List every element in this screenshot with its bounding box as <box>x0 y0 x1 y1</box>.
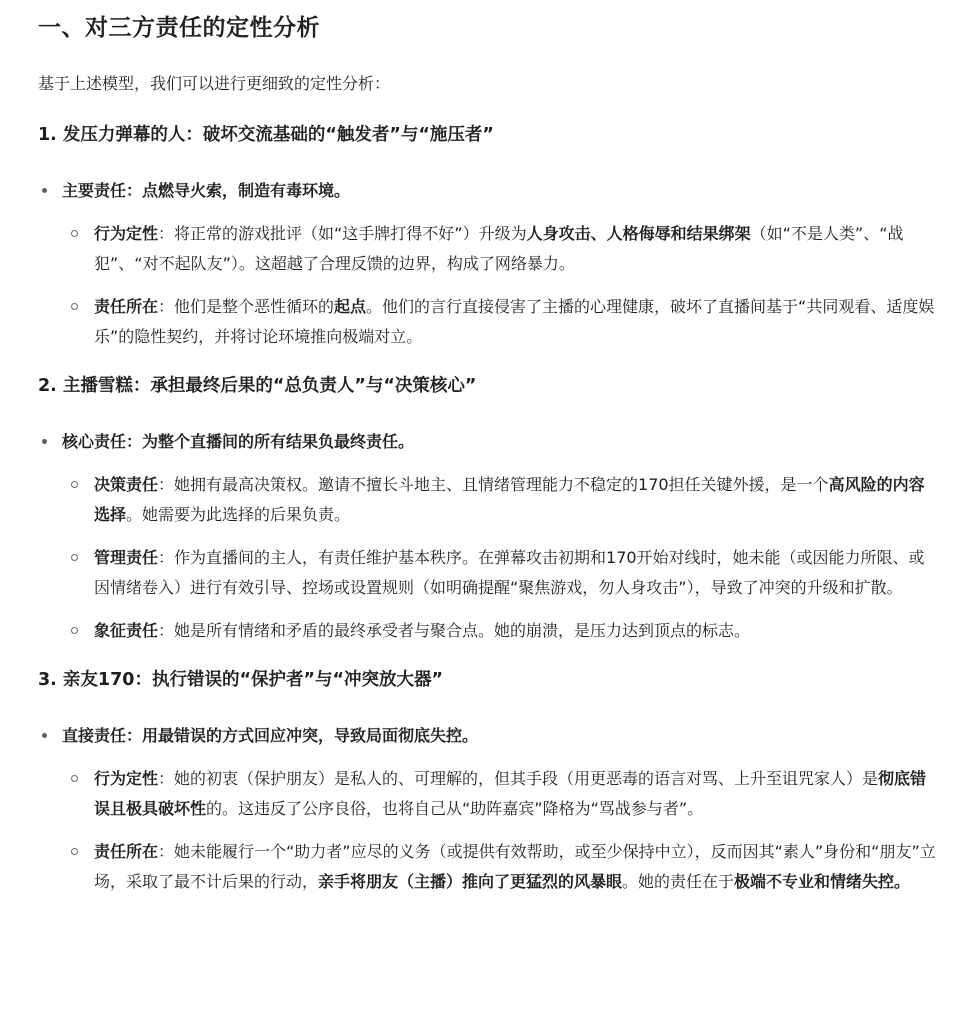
text-run: ：将正常的游戏批评（如“这手牌打得不好”）升级为 <box>158 224 527 243</box>
bold-text-run: 起点 <box>334 297 366 316</box>
sub-list-item: 象征责任：她是所有情绪和矛盾的最终承受者与聚合点。她的崩溃，是压力达到顶点的标志… <box>62 616 936 646</box>
bold-text-run: 行为定性 <box>94 224 158 243</box>
text-run: ：她拥有最高决策权。邀请不擅长斗地主、且情绪管理能力不稳定的170担任关键外援，… <box>158 475 829 494</box>
list-item: 直接责任：用最错误的方式回应冲突，导致局面彻底失控。行为定性：她的初衷（保护朋友… <box>38 721 936 897</box>
list-item: 核心责任：为整个直播间的所有结果负最终责任。决策责任：她拥有最高决策权。邀请不擅… <box>38 427 936 646</box>
text-run: 。她需要为此选择的后果负责。 <box>126 505 350 524</box>
bullet-circle-icon <box>71 230 78 237</box>
bullet-dot-icon <box>42 439 47 444</box>
sub-bullet-list: 决策责任：她拥有最高决策权。邀请不擅长斗地主、且情绪管理能力不稳定的170担任关… <box>62 470 936 646</box>
text-run: ：作为直播间的主人，有责任维护基本秩序。在弹幕攻击初期和170开始对线时，她未能… <box>94 548 925 597</box>
sub-bullet-list: 行为定性：将正常的游戏批评（如“这手牌打得不好”）升级为人身攻击、人格侮辱和结果… <box>62 219 936 352</box>
text-run: 基于上述模型，我们可以进行更细致的定性分析： <box>38 74 390 93</box>
bold-text-run: 1. 发压力弹幕的人：破坏交流基础的“触发者”与“施压者” <box>38 125 494 145</box>
document-body: 一、对三方责任的定性分析基于上述模型，我们可以进行更细致的定性分析：1. 发压力… <box>38 13 936 897</box>
bullet-circle-icon <box>71 775 78 782</box>
sub-list-item: 决策责任：她拥有最高决策权。邀请不擅长斗地主、且情绪管理能力不稳定的170担任关… <box>62 470 936 530</box>
bold-text-run: 2. 主播雪糕：承担最终后果的“总负责人”与“决策核心” <box>38 376 476 396</box>
section-heading: 一、对三方责任的定性分析 <box>38 13 936 43</box>
text-run: 。她的责任在于 <box>622 872 734 891</box>
sub-list-item: 责任所在：她未能履行一个“助力者”应尽的义务（或提供有效帮助，或至少保持中立），… <box>62 837 936 897</box>
text-run: ：她是所有情绪和矛盾的最终承受者与聚合点。她的崩溃，是压力达到顶点的标志。 <box>158 621 750 640</box>
bold-text-run: 亲手将朋友（主播）推向了更猛烈的风暴眼 <box>318 872 622 891</box>
document: 一、对三方责任的定性分析基于上述模型，我们可以进行更细致的定性分析：1. 发压力… <box>0 0 968 1020</box>
bullet-circle-icon <box>71 303 78 310</box>
bold-text-run: 核心责任：为整个直播间的所有结果负最终责任。 <box>62 432 414 451</box>
list-item: 主要责任：点燃导火索，制造有毒环境。行为定性：将正常的游戏批评（如“这手牌打得不… <box>38 176 936 352</box>
responsibility-list-2: 核心责任：为整个直播间的所有结果负最终责任。决策责任：她拥有最高决策权。邀请不擅… <box>38 427 936 646</box>
bold-text-run: 决策责任 <box>94 475 158 494</box>
bullet-circle-icon <box>71 554 78 561</box>
bullet-dot-icon <box>42 188 47 193</box>
subsection-heading-2: 2. 主播雪糕：承担最终后果的“总负责人”与“决策核心” <box>38 374 936 399</box>
bold-text-run: 责任所在 <box>94 842 158 861</box>
intro-paragraph: 基于上述模型，我们可以进行更细致的定性分析： <box>38 69 936 99</box>
bold-text-run: 一、对三方责任的定性分析 <box>38 15 320 41</box>
text-run: ：她的初衷（保护朋友）是私人的、可理解的，但其手段（用更恶毒的语言对骂、上升至诅… <box>158 769 878 788</box>
sub-list-item: 行为定性：她的初衷（保护朋友）是私人的、可理解的，但其手段（用更恶毒的语言对骂、… <box>62 764 936 824</box>
bold-text-run: 管理责任 <box>94 548 158 567</box>
sub-list-item: 行为定性：将正常的游戏批评（如“这手牌打得不好”）升级为人身攻击、人格侮辱和结果… <box>62 219 936 279</box>
bold-text-run: 行为定性 <box>94 769 158 788</box>
subsection-heading-1: 1. 发压力弹幕的人：破坏交流基础的“触发者”与“施压者” <box>38 123 936 148</box>
responsibility-list-1: 主要责任：点燃导火索，制造有毒环境。行为定性：将正常的游戏批评（如“这手牌打得不… <box>38 176 936 352</box>
bold-text-run: 责任所在 <box>94 297 158 316</box>
bold-text-run: 人身攻击、人格侮辱和结果绑架 <box>527 224 751 243</box>
sub-list-item: 管理责任：作为直播间的主人，有责任维护基本秩序。在弹幕攻击初期和170开始对线时… <box>62 543 936 603</box>
bold-text-run: 3. 亲友170：执行错误的“保护者”与“冲突放大器” <box>38 670 443 690</box>
sub-bullet-list: 行为定性：她的初衷（保护朋友）是私人的、可理解的，但其手段（用更恶毒的语言对骂、… <box>62 764 936 897</box>
bullet-circle-icon <box>71 627 78 634</box>
bold-text-run: 直接责任：用最错误的方式回应冲突，导致局面彻底失控。 <box>62 726 478 745</box>
responsibility-list-3: 直接责任：用最错误的方式回应冲突，导致局面彻底失控。行为定性：她的初衷（保护朋友… <box>38 721 936 897</box>
subsection-heading-3: 3. 亲友170：执行错误的“保护者”与“冲突放大器” <box>38 668 936 693</box>
bullet-dot-icon <box>42 733 47 738</box>
bold-text-run: 象征责任 <box>94 621 158 640</box>
bold-text-run: 主要责任：点燃导火索，制造有毒环境。 <box>62 181 350 200</box>
text-run: 的。这违反了公序良俗，也将自己从“助阵嘉宾”降格为“骂战参与者”。 <box>206 799 703 818</box>
bold-text-run: 极端不专业和情绪失控。 <box>734 872 910 891</box>
bullet-circle-icon <box>71 481 78 488</box>
bullet-circle-icon <box>71 848 78 855</box>
text-run: ：他们是整个恶性循环的 <box>158 297 334 316</box>
sub-list-item: 责任所在：他们是整个恶性循环的起点。他们的言行直接侵害了主播的心理健康，破坏了直… <box>62 292 936 352</box>
